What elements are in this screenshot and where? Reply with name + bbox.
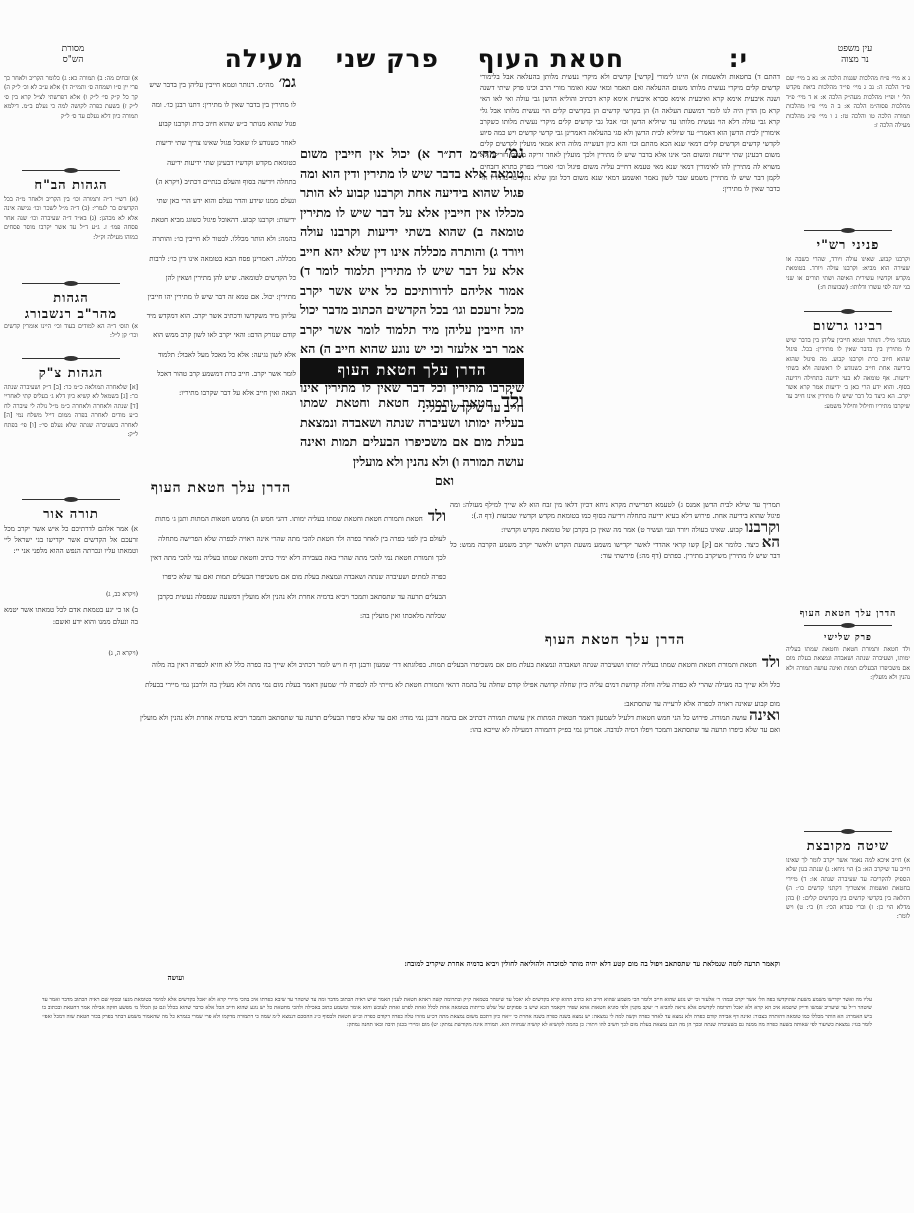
ornament-divider: [804, 230, 892, 231]
left-margin-column: א) זבחים מה: ב) תמורה כא: ג) כלומר הקריב…: [4, 74, 138, 659]
perek-shlishi-title: פרק שלישי: [786, 632, 910, 643]
ornament-divider: [22, 358, 120, 359]
shita-mekubetzet-title: שיטה מקובצת: [786, 838, 910, 854]
tosafot-block-3: הא כיצד. כלומר אם [ק] קשו קראי אהדדי לאש…: [450, 537, 780, 562]
masoret-hashas-text: א) זבחים מה: ב) תמורה כא: ג) כלומר הקריב…: [4, 74, 138, 164]
torah-or-verse-2: ב) או כי יגע בטמאת אדם לכל טמאתו אשר יטמ…: [4, 605, 138, 649]
tosafot-mishna-text: חטאת ותמורת חטאת וחטאת שמתו בעליה ימותו …: [145, 661, 780, 708]
mishna-continuation-word: ואם: [300, 472, 524, 492]
masoret-hashas-label: מסורת הש"ס: [38, 44, 108, 72]
hagahot-habach-text: (א) רש״י ד״ה ותמורה וכו׳ בין הקריב ולאחר…: [4, 195, 138, 277]
mishna-lead-word: ולד: [501, 391, 524, 412]
perek-shlishi-text: ולד חטאת ותמורת חטאת וחטאת שמתו בעליה ימ…: [786, 645, 910, 825]
tosafot-bottom-lead: ואינה: [749, 706, 780, 724]
tosafot-bottom-text: עושה תמורה. פירוש כל הני חמש חטאות דלעיל…: [140, 714, 780, 733]
rabbenu-gershom-text: מנהני מילי. דנותר וטמא חייבין עליהן בין …: [786, 336, 910, 606]
masoret-label-bottom: הש"ס: [38, 55, 108, 66]
tractate-name: מעילה: [225, 44, 304, 72]
tosafot-catchword: ועושה: [144, 972, 184, 983]
tosafot-block-2: וקרבנו קבוע. שאינו בעולה ויורד ועני ועשי…: [450, 522, 780, 536]
tosafot-lower: תמריך עד שילא לבית הדשן אמנס ג) לטעמא דפ…: [450, 500, 780, 630]
tosafot-bottom-block: ואינה עושה תמורה. פירוש כל הני חמש חטאות…: [140, 710, 780, 735]
tosafot-hadran-title: הדרן עלך חטאת העוף: [450, 632, 780, 649]
tosafot-block-1: תמריך עד שילא לבית הדשן אמנס ג) לטעמא דפ…: [450, 500, 780, 522]
page-marker: י:: [729, 44, 748, 72]
mishna-body: חטאת ותמורת חטאת וחטאת שמתו בעליה ימותו …: [300, 396, 524, 469]
rashi-mishna-lead-word: ולד: [428, 507, 446, 525]
ein-mishpat-label-top: עין משפט: [810, 44, 900, 55]
hagahot-habach-title: הגהות הב"ח: [4, 177, 138, 193]
tosafot-top: דהתם ד) בחטאות ולאשמות א) הייגו לימורי […: [480, 72, 780, 492]
chapter-name: חטאת העוף: [478, 44, 624, 72]
tosafot-mishna-commentary: ולד חטאת ותמורת חטאת וחטאת שמתו בעליה ימ…: [140, 652, 780, 952]
torah-or-verse-1: א) אמר אלהם לדרתיכם כל איש אשר יקרב מכל …: [4, 524, 138, 590]
hagahot-tzk-text: [א] שלאחרה תמולאה כ״מ כר: [ב] ד״ק ושעיבר…: [4, 383, 138, 493]
ein-mishpat-text: נ א מיי׳ פ״ח מהלכות שגגות הלכה א: נא ב מ…: [786, 74, 910, 224]
ein-mishpat-label-bottom: נר מצוה: [810, 55, 900, 66]
ein-mishpat-label: עין משפט נר מצוה: [810, 44, 900, 72]
torah-or-title: תורה אור: [4, 506, 138, 522]
chapter-number: פרק שני: [336, 44, 439, 72]
bottom-commentary: עליו מה ואשר יקדישו משמע משעת שהוקדשו בפ…: [42, 996, 872, 1089]
tosafot-block-3-text: כיצד. כלומר אם [ק] קשו קראי אהדדי לאשר י…: [450, 541, 780, 560]
hadran-banner: הדרן עלך חטאת העוף: [300, 358, 524, 384]
penei-rashi-title: פניני רש"י: [786, 237, 910, 253]
right-margin-column: נ א מיי׳ פ״ח מהלכות שגגות הלכה א: נא ב מ…: [786, 74, 910, 1056]
torah-or-ref-2: (ויקרא ה, ג): [4, 649, 138, 658]
hagahot-maharab-title-1: הגהות: [4, 290, 138, 306]
hagahot-maharab-title-2: מהר"ב רנשבורג: [4, 306, 138, 322]
hagahot-tzk-title: הגהות צ"ק: [4, 365, 138, 381]
penei-rashi-text: וקרבנו קבוע. שאינו עולה ויורד, שהרי כשבה…: [786, 255, 910, 305]
ornament-divider: [22, 170, 120, 171]
rashi-hadran-title: הדרן עלך חטאת העוף: [146, 480, 296, 497]
rabbenu-gershom-title: רבינו גרשום: [786, 318, 910, 334]
hagahot-maharab-text: א) תוס׳ ד״ה הא למודים בעוד וכי׳ היינו או…: [4, 322, 138, 352]
ornament-divider: [804, 311, 892, 312]
ornament-divider: [804, 831, 892, 832]
tosafot-last-line: וקאמר תרעה לומה שנמלאת עד שתסתאב ויפול ב…: [140, 958, 780, 969]
gemara-lead-word: גמ׳: [504, 143, 524, 162]
ornament-divider: [804, 625, 892, 626]
ornament-divider: [22, 283, 120, 284]
tosafot-block-3-lead: הא: [762, 533, 780, 551]
tosafot-mishna-lead: ולד: [762, 653, 780, 671]
rashi-lead-word: גמ׳: [279, 73, 296, 91]
rashi-mishna-text: חטאת ותמורת חטאת וחטאת שמתו בעליה ימותו.…: [150, 515, 446, 620]
ornament-divider: [22, 499, 120, 500]
torah-or-ref-1: (ויקרא כב, ג): [4, 590, 138, 599]
rashi-text: מה״מ. דנותר וטמא חייבין עליהן בין בדבר ש…: [147, 81, 296, 397]
rashi-top: גמ׳ מה״מ. דנותר וטמא חייבין עליהן בין בד…: [146, 72, 296, 492]
masoret-label-top: מסורת: [38, 44, 108, 55]
hadran-small: הדרן עלך חטאת העוף: [786, 608, 910, 619]
tosafot-block-2-text: קבוע. שאינו בעולה ויורד ועני ועשיר ט) אמ…: [501, 526, 743, 534]
mishna-text: ולד חטאת ותמורת חטאת וחטאת שמתו בעליה ימ…: [300, 392, 524, 492]
